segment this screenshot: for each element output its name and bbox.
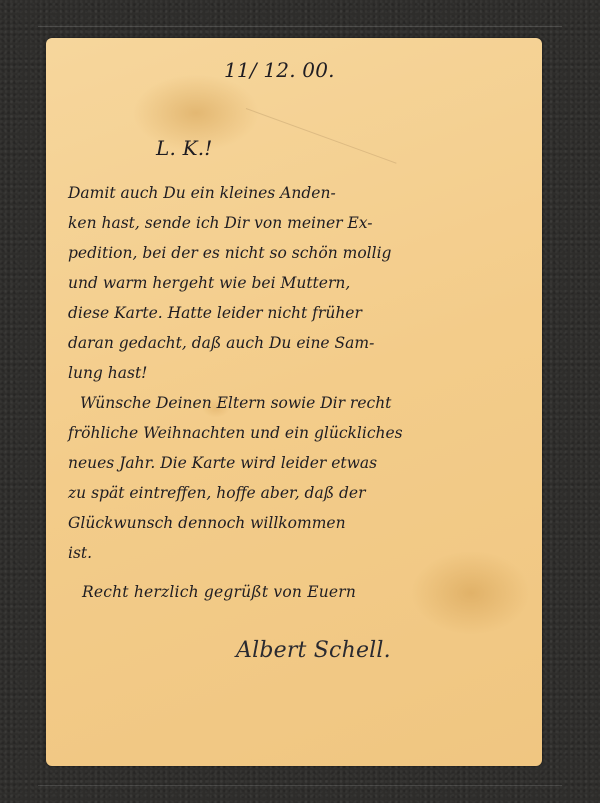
letter-line: Glückwunsch dennoch willkommen — [68, 508, 528, 538]
letter-line: neues Jahr. Die Karte wird leider etwas — [68, 448, 528, 478]
letter-line: zu spät eintreffen, hoffe aber, daß der — [68, 478, 528, 508]
letter-line: diese Karte. Hatte leider nicht früher — [68, 298, 528, 328]
postcard: 11/ 12. 00. L. K.! Damit auch Du ein kle… — [46, 38, 542, 766]
letter-body: Damit auch Du ein kleines Anden- ken has… — [68, 178, 528, 568]
date-line: 11/ 12. 00. — [224, 58, 335, 82]
letter-line: lung hast! — [68, 358, 528, 388]
letter-line: daran gedacht, daß auch Du eine Sam- — [68, 328, 528, 358]
letter-line: und warm hergeht wie bei Muttern, — [68, 268, 528, 298]
letter-line: Damit auch Du ein kleines Anden- — [68, 178, 528, 208]
letter-line: ken hast, sende ich Dir von meiner Ex- — [68, 208, 528, 238]
signature: Albert Schell. — [236, 638, 391, 663]
letter-line: Wünsche Deinen Eltern sowie Dir recht — [68, 388, 528, 418]
letter-line: ist. — [68, 538, 528, 568]
closing-line: Recht herzlich gegrüßt von Euern — [82, 583, 356, 601]
salutation: L. K.! — [156, 136, 213, 160]
letter-line: fröhliche Weihnachten und ein glückliche… — [68, 418, 528, 448]
letter-line: pedition, bei der es nicht so schön moll… — [68, 238, 528, 268]
paper-crease — [246, 108, 397, 164]
